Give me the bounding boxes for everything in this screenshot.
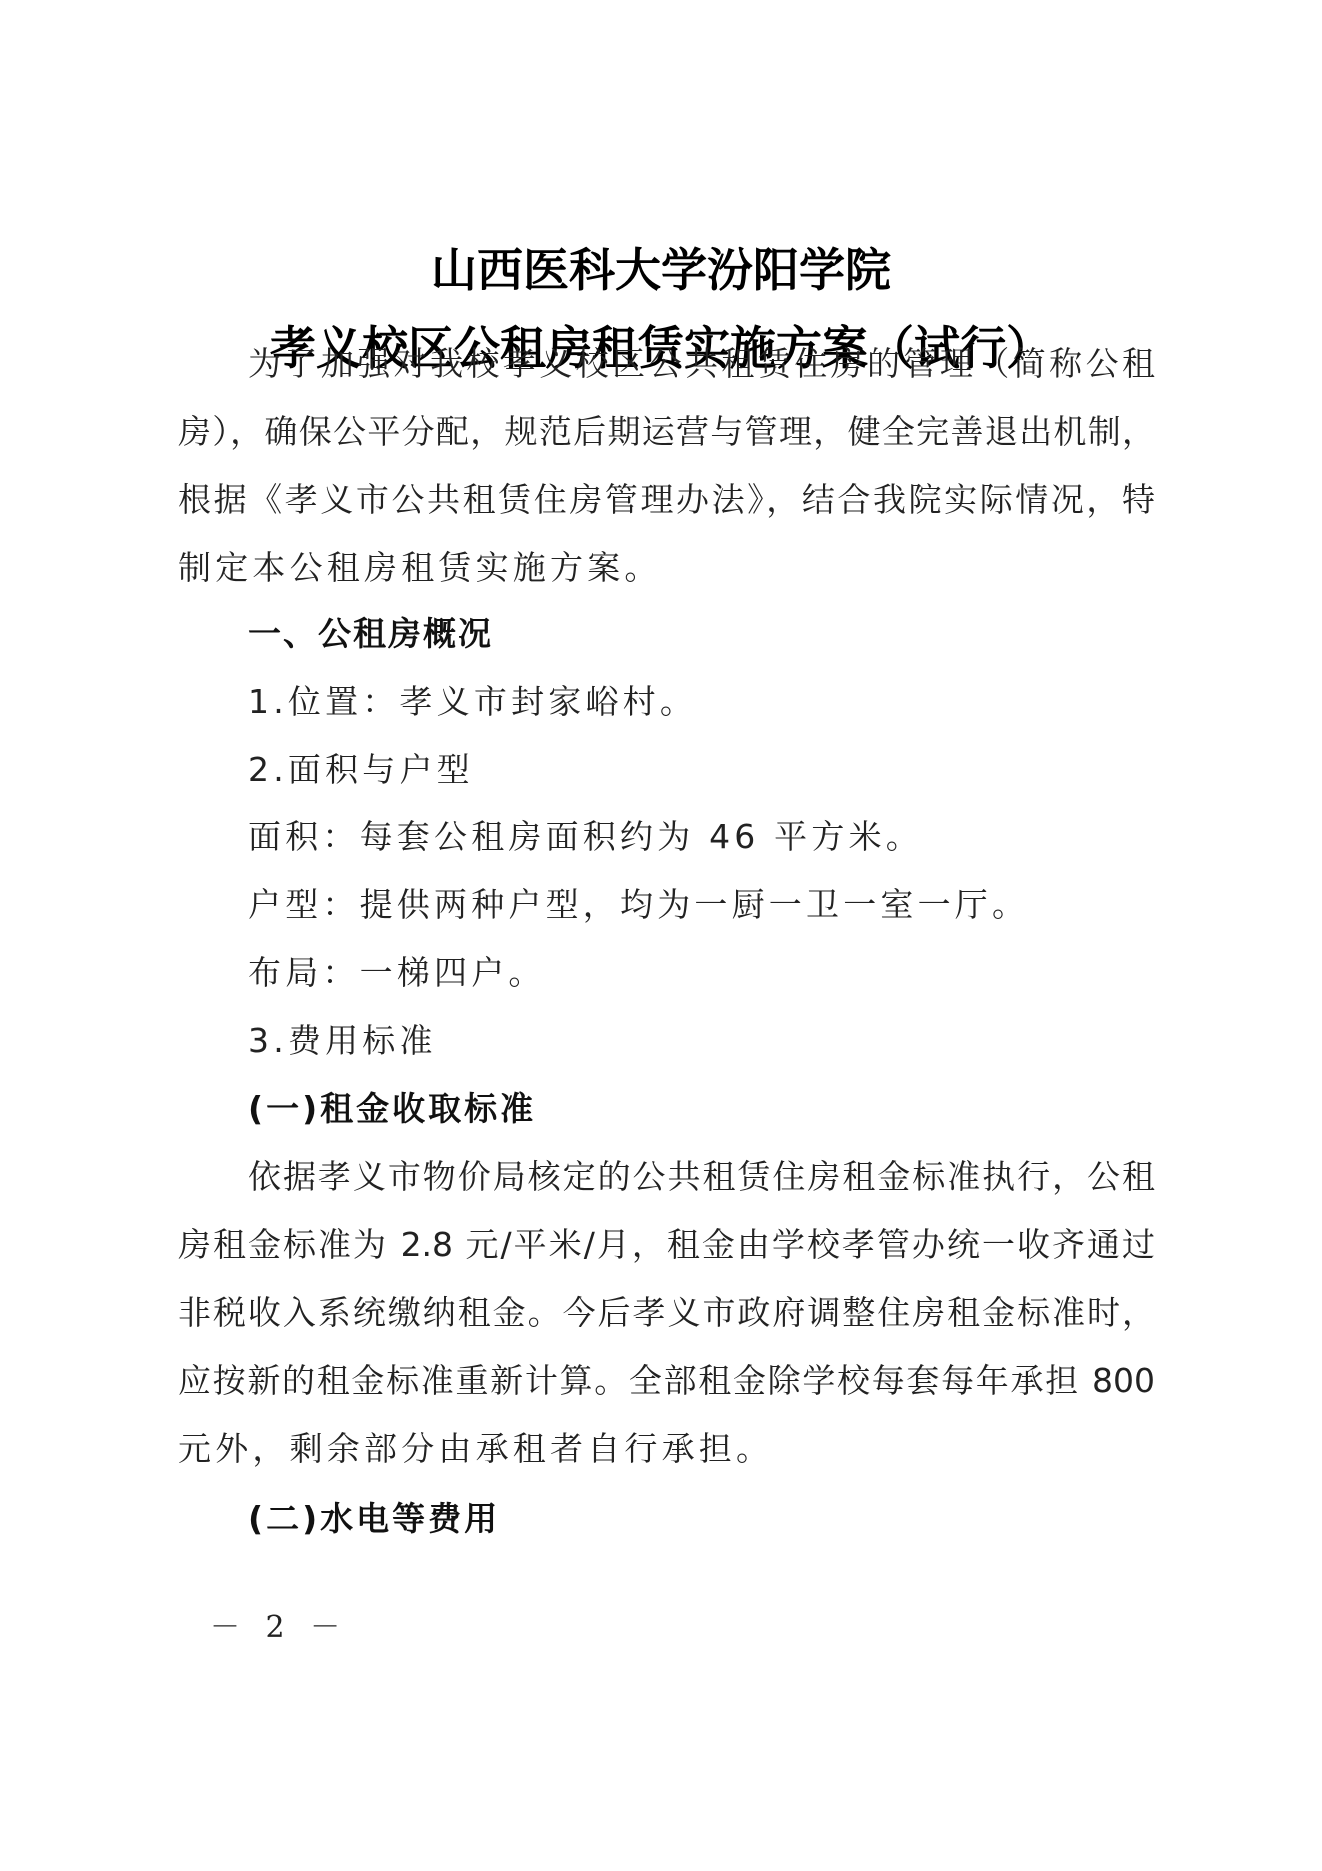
page-number: － 2 － [210, 1608, 348, 1648]
intro-paragraph-line-2: 房），确保公平分配，规范后期运营与管理，健全完善退出机制， [178, 410, 1155, 454]
item-area-and-type: 2.面积与户型 [248, 748, 1228, 792]
subheading-rent-standard: (一)租金收取标准 [248, 1087, 1228, 1131]
section-heading-overview: 一、公租房概况 [248, 612, 1228, 656]
intro-paragraph-line-1: 为了加强对我校孝义校区公共租赁住房的管理（简称公租 [248, 342, 1155, 386]
detail-floor-plan: 布局：一梯四户。 [248, 951, 1228, 995]
detail-area: 面积：每套公租房面积约为 46 平方米。 [248, 815, 1228, 859]
rent-paragraph-line-2: 房租金标准为 2.8 元/平米/月，租金由学校孝管办统一收齐通过 [178, 1223, 1155, 1267]
rent-paragraph-line-1: 依据孝义市物价局核定的公共租赁住房租金标准执行，公租 [248, 1155, 1155, 1199]
item-location: 1.位置：孝义市封家峪村。 [248, 680, 1228, 724]
subheading-utilities: (二)水电等费用 [248, 1497, 1228, 1541]
rent-paragraph-line-4: 应按新的租金标准重新计算。全部租金除学校每套每年承担 800 [178, 1359, 1155, 1403]
intro-paragraph-line-4: 制定本公租房租赁实施方案。 [178, 546, 1158, 590]
document-title-line-1: 山西医科大学汾阳学院 [0, 240, 1322, 300]
item-fee-standard: 3.费用标准 [248, 1019, 1228, 1063]
rent-paragraph-line-5: 元外，剩余部分由承租者自行承担。 [178, 1427, 1158, 1471]
detail-unit-type: 户型：提供两种户型，均为一厨一卫一室一厅。 [248, 883, 1228, 927]
document-page: 山西医科大学汾阳学院 孝义校区公租房租赁实施方案（试行） 为了加强对我校孝义校区… [0, 0, 1322, 1871]
intro-paragraph-line-3: 根据《孝义市公共租赁住房管理办法》，结合我院实际情况，特 [178, 478, 1155, 522]
rent-paragraph-line-3: 非税收入系统缴纳租金。今后孝义市政府调整住房租金标准时， [178, 1291, 1155, 1335]
